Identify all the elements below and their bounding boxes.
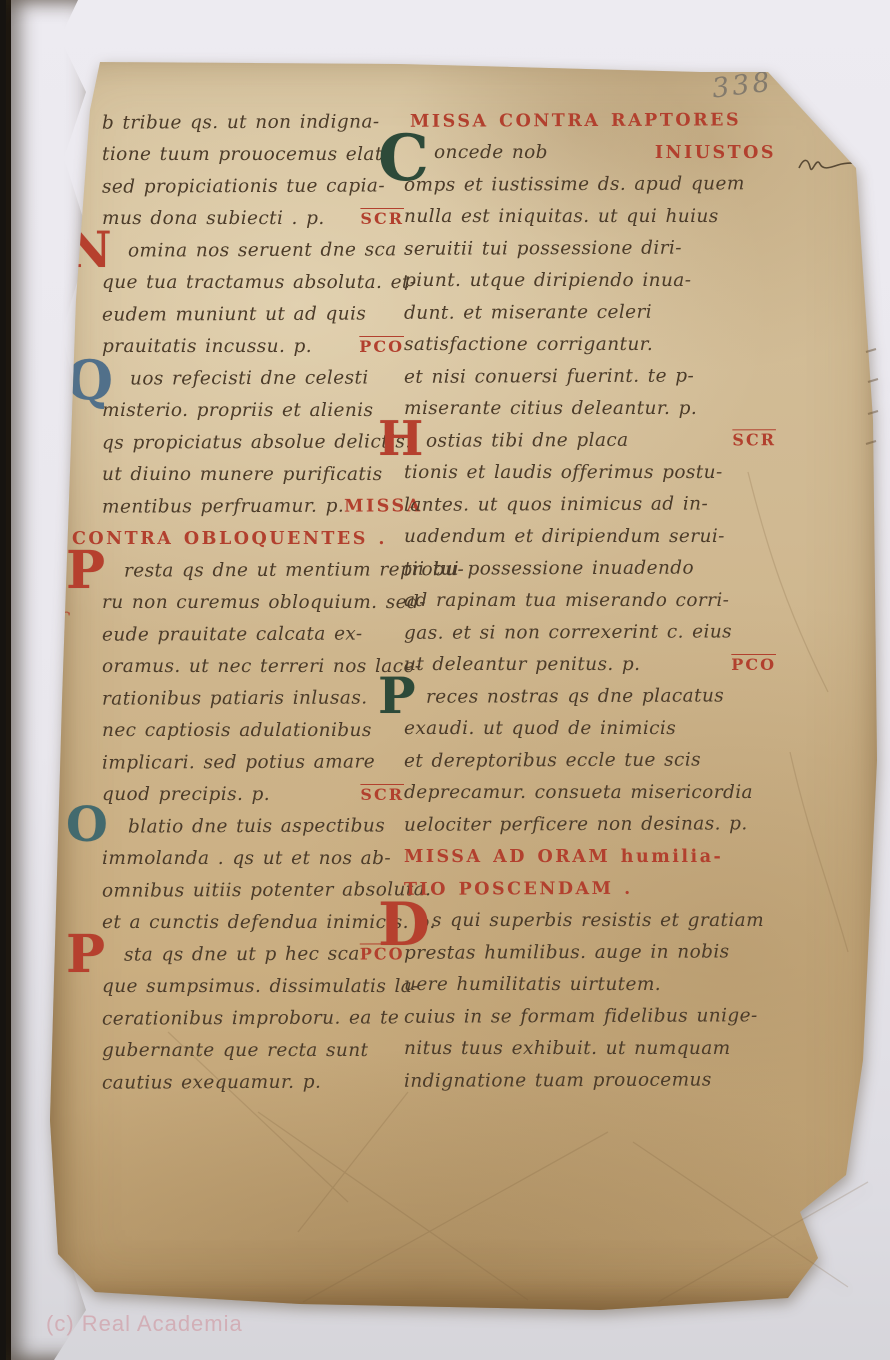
text-line: tione tuum prouocemus elati. (102, 139, 404, 171)
text-line: uos refecisti dne celesti (102, 362, 404, 395)
text-line: s qui superbis resistis et gratiam (404, 905, 776, 937)
latin-text: qs propiciatus absolue delictis. (102, 426, 412, 459)
latin-text: miserante citius deleantur. p. (404, 393, 697, 425)
latin-text: implicari. sed potius amare (102, 746, 375, 779)
latin-text: ut diuino munere purificatis (102, 459, 382, 491)
text-line: CONTRA OBLOQUENTES . (72, 523, 404, 555)
text-line: que tua tractamus absoluta. et- (102, 267, 404, 299)
text-line: satisfactione corrigantur. (404, 329, 776, 361)
text-line: miserante citius deleantur. p. (404, 393, 776, 425)
text-line: uelociter perficere non desinas. p. (404, 808, 776, 842)
text-line: MISSA AD ORAM humilia- (404, 841, 776, 873)
latin-text: omina nos seruent dne sca (128, 234, 397, 267)
latin-text: exaudi. ut quod de inimicis (404, 713, 676, 745)
latin-text: sed propiciationis tue capia- (102, 170, 385, 203)
latin-text: mus dona subiecti . p. (102, 203, 325, 235)
latin-text: lantes. ut quos inimicus ad in- (404, 488, 708, 521)
latin-text: uere humilitatis uirtutem. (404, 969, 661, 1001)
text-line: tii tui possessione inuadendo (404, 552, 776, 586)
rubric-text: INIUSTOS (655, 137, 776, 169)
latin-text: cerationibus improboru. ea te (102, 1002, 399, 1035)
latin-text: que sumpsimus. dissimulatis la- (102, 971, 419, 1003)
text-line: ostias tibi dne placaSCR (404, 424, 776, 458)
text-line: et dereptoribus eccle tue scis (404, 744, 776, 778)
latin-text: deprecamur. consueta misericordia (404, 777, 753, 809)
text-line: oncede nobINIUSTOS (404, 137, 776, 169)
text-line: qs propiciatus absolue delictis. (102, 426, 404, 459)
text-line: gas. et si non correxerint c. eius (404, 616, 776, 650)
latin-text: reces nostras qs dne placatus (426, 680, 724, 713)
text-line: piunt. utque diripiendo inua- (404, 265, 776, 297)
rubric-text: PCO (731, 649, 776, 681)
latin-text: nitus tuus exhibuit. ut numquam (404, 1033, 731, 1065)
text-line: quod precipis. p.SCR (102, 779, 404, 811)
latin-text: indignatione tuam prouocemus (404, 1064, 712, 1097)
latin-text: b tribue qs. ut non indigna- (102, 106, 380, 139)
latin-text: piunt. utque diripiendo inua- (404, 265, 691, 297)
left-text-column: b tribue qs. ut non indigna-tione tuum p… (102, 107, 404, 1099)
decorated-initial-C: C (378, 127, 429, 191)
latin-text: oramus. ut nec terreri nos lace- (102, 651, 421, 683)
text-line: uadendum et diripiendum serui- (404, 521, 776, 553)
folio-number: 338 (710, 66, 774, 104)
text-line: prauitatis incussu. p.PCO (102, 331, 404, 363)
rubric-text: SCR (360, 779, 404, 811)
text-line: ut deleantur penitus. p.PCO (404, 649, 776, 681)
text-line: b tribue qs. ut non indigna- (102, 106, 404, 139)
text-line: prestas humilibus. auge in nobis (404, 936, 776, 970)
latin-text: et dereptoribus eccle tue scis (404, 745, 701, 778)
text-line: et nisi conuersi fuerint. te p- (404, 360, 776, 394)
latin-text: blatio dne tuis aspectibus (128, 810, 385, 843)
text-line: sta qs dne ut p hec scaPCO (102, 938, 404, 971)
text-line: omina nos seruent dne sca (102, 234, 404, 267)
latin-text: mentibus perfruamur. p. (102, 491, 344, 524)
text-line: cerationibus improboru. ea te (102, 1002, 404, 1035)
latin-text: cuius in se formam fidelibus unige- (404, 1000, 758, 1034)
rubric-text: CONTRA OBLOQUENTES . (72, 523, 387, 555)
text-line: gubernante que recta sunt (102, 1035, 404, 1067)
text-line: eudem muniunt ut ad quis (102, 298, 404, 331)
text-line: immolanda . qs ut et nos ab- (102, 843, 404, 875)
text-line: exaudi. ut quod de inimicis (404, 713, 776, 745)
text-line: deprecamur. consueta misericordia (404, 777, 776, 809)
latin-text: rationibus patiaris inlusas. (102, 683, 368, 716)
latin-text: eudem muniunt ut ad quis (102, 299, 366, 332)
text-line: MISSA CONTRA RAPTORES (404, 104, 776, 138)
rubric-text: PCO (359, 331, 404, 363)
text-line: reces nostras qs dne placatus (404, 680, 776, 714)
text-line: lantes. ut quos inimicus ad in- (404, 488, 776, 522)
text-line: omps et iustissime ds. apud quem (404, 168, 776, 202)
rubric-text: MISSA AD ORAM humilia- (404, 841, 723, 873)
latin-text: sta qs dne ut p hec sca (124, 939, 360, 972)
text-line: nitus tuus exhibuit. ut numquam (404, 1033, 776, 1065)
manuscript-page: 338 ʃ b tribue qs. ut non indigna-tione … (48, 52, 880, 1314)
latin-text: gubernante que recta sunt (102, 1035, 368, 1067)
latin-text: oncede nob (434, 137, 548, 169)
rubric-text: SCR (360, 203, 404, 235)
decorated-initial-D: D (378, 895, 430, 955)
text-line: blatio dne tuis aspectibus (102, 810, 404, 843)
latin-text: s qui superbis resistis et gratiam (432, 905, 764, 937)
latin-text: uadendum et diripiendum serui- (404, 521, 725, 553)
text-line: et a cunctis defendua inimicis. p. (102, 907, 404, 939)
text-line: nulla est iniquitas. ut qui huius (404, 201, 776, 233)
latin-text: quod precipis. p. (102, 779, 270, 811)
latin-text: uelociter perficere non desinas. p. (404, 808, 748, 841)
latin-text: tii tui possessione inuadendo (404, 553, 694, 586)
right-text-column: MISSA CONTRA RAPTORESoncede nobINIUSTOSo… (404, 105, 776, 1097)
decorated-initial-H: H (378, 415, 423, 463)
text-line: uere humilitatis uirtutem. (404, 969, 776, 1001)
text-line: ru non curemus obloquium. sed- (102, 587, 404, 619)
latin-text: dunt. et miserante celeri (404, 297, 652, 330)
text-line: que sumpsimus. dissimulatis la- (102, 971, 404, 1003)
latin-text: et nisi conuersi fuerint. te p- (404, 361, 694, 394)
latin-text: uos refecisti dne celesti (130, 362, 369, 395)
rubric-text: MISSA CONTRA RAPTORES (410, 104, 741, 137)
rubric-text: TIO POSCENDAM . (404, 873, 633, 906)
copyright-watermark: (c) Real Academia (46, 1311, 243, 1337)
latin-text: prauitatis incussu. p. (102, 331, 312, 363)
latin-text: omps et iustissime ds. apud quem (404, 168, 745, 201)
rubric-text: SCR (732, 424, 776, 456)
text-line: cuius in se formam fidelibus unige- (404, 1000, 776, 1034)
latin-text: immolanda . qs ut et nos ab- (102, 843, 391, 875)
latin-text: eude prauitate calcata ex- (102, 619, 363, 652)
latin-text: cautius exequamur. p. (102, 1067, 321, 1100)
text-line: ut diuino munere purificatis (102, 459, 404, 491)
text-line: tionis et laudis offerimus postu- (404, 457, 776, 489)
text-line: cautius exequamur. p. (102, 1066, 404, 1099)
text-line: rationibus patiaris inlusas. (102, 682, 404, 715)
text-line: seruitii tui possessione diri- (404, 232, 776, 266)
text-line: misterio. propriis et alienis (102, 395, 404, 427)
text-line: TIO POSCENDAM . (404, 872, 776, 906)
text-line: ad rapinam tua miserando corri- (404, 585, 776, 617)
text-line: implicari. sed potius amare (102, 746, 404, 779)
decorated-initial-P: P (66, 929, 105, 981)
latin-text: ut deleantur penitus. p. (404, 649, 640, 681)
text-line: mus dona subiecti . p.SCR (102, 203, 404, 235)
text-line: eude prauitate calcata ex- (102, 618, 404, 651)
text-line: nec captiosis adulationibus (102, 715, 404, 747)
latin-text: ad rapinam tua miserando corri- (404, 585, 729, 617)
latin-text: gas. et si non correxerint c. eius (404, 616, 732, 649)
latin-text: prestas humilibus. auge in nobis (404, 936, 730, 969)
text-line: dunt. et miserante celeri (404, 296, 776, 330)
latin-text: misterio. propriis et alienis (102, 395, 373, 427)
text-line: sed propiciationis tue capia- (102, 170, 404, 203)
text-line: resta qs dne ut mentium reprobu- (102, 554, 404, 587)
decorated-initial-P: P (378, 671, 416, 721)
latin-text: tionis et laudis offerimus postu- (404, 457, 723, 489)
latin-text: satisfactione corrigantur. (404, 329, 653, 361)
latin-text: que tua tractamus absoluta. et- (102, 267, 416, 299)
manuscript-scan: 338 ʃ b tribue qs. ut non indigna-tione … (0, 0, 890, 1360)
latin-text: nulla est iniquitas. ut qui huius (404, 201, 719, 233)
latin-text: ru non curemus obloquium. sed- (102, 587, 426, 619)
decorated-initial-P: P (66, 545, 105, 597)
latin-text: tione tuum prouocemus elati. (102, 139, 395, 171)
text-line: oramus. ut nec terreri nos lace- (102, 651, 404, 683)
decorated-initial-Q: Q (66, 353, 113, 407)
latin-text: ostias tibi dne placa (426, 425, 629, 458)
latin-text: seruitii tui possessione diri- (404, 233, 682, 266)
text-line: mentibus perfruamur. p.MISSA (102, 490, 404, 523)
text-line: omnibus uitiis potenter absoluta. (102, 874, 404, 907)
decorated-initial-O: O (66, 801, 108, 849)
text-line: indignatione tuam prouocemus (404, 1064, 776, 1098)
latin-text: nec captiosis adulationibus (102, 715, 372, 747)
